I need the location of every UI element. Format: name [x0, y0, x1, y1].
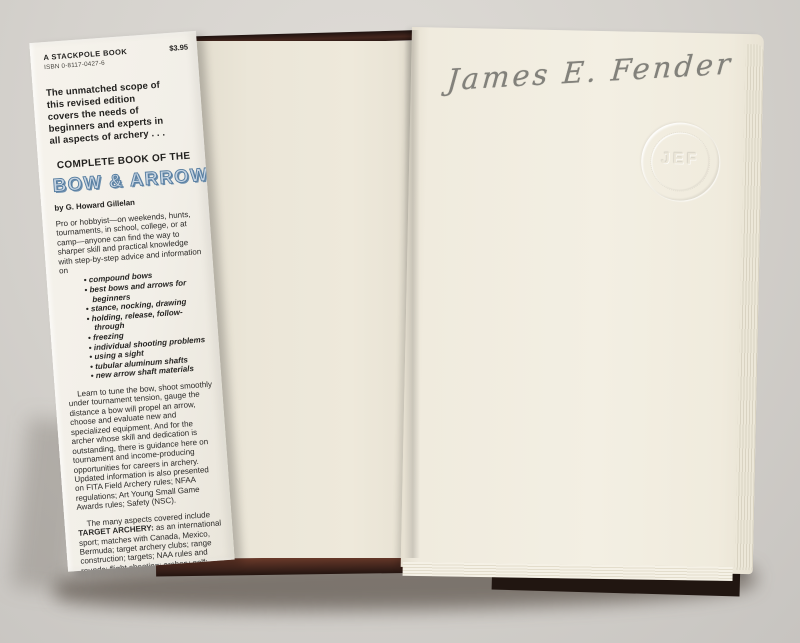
photo-backdrop: James E. Fender JEF A STACKPOLE BOOK $3.…	[0, 0, 800, 643]
page-stack-right-edge	[735, 44, 764, 570]
right-endpaper-page: James E. Fender JEF	[401, 27, 764, 574]
flap-bullet-list: compound bows best bows and arrows for b…	[84, 267, 212, 381]
price: $3.95	[169, 43, 188, 53]
flap-intro-paragraph: Pro or hobbyist—on weekends, hunts, tour…	[55, 209, 204, 276]
embossed-seal: JEF	[640, 122, 720, 202]
flap-body-paragraph: Learn to tune the bow, shoot smoothly un…	[68, 380, 222, 513]
owner-signature: James E. Fender	[424, 45, 756, 98]
flap-blurb: The unmatched scope of this revised edit…	[46, 79, 172, 148]
book-gutter	[404, 30, 420, 558]
embossed-seal-monogram: JEF	[641, 150, 719, 170]
